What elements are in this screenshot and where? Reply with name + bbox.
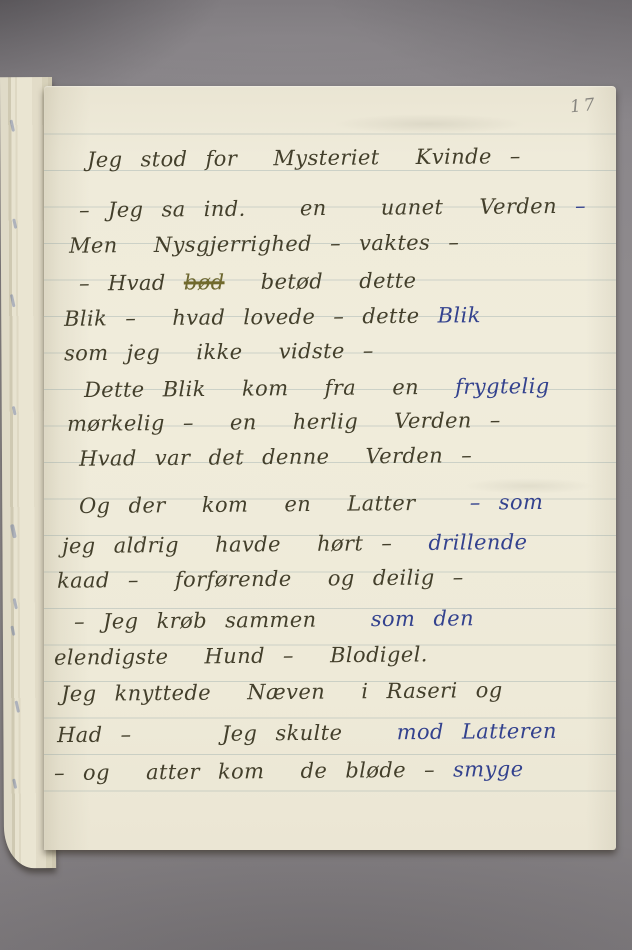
ink-bleed-mark bbox=[12, 779, 17, 789]
manuscript-line: kaad – forførende og deilig – bbox=[57, 565, 464, 594]
manuscript-line: Dette Blik kom fra en frygtelig bbox=[84, 374, 550, 403]
text-segment: kaad – forførende og deilig – bbox=[57, 565, 464, 593]
manuscript-line: – Jeg sa ind. en uanet Verden – bbox=[79, 194, 586, 223]
manuscript-line: Men Nysgjerrighed – vaktes – bbox=[69, 230, 459, 258]
text-segment: som den bbox=[371, 606, 474, 631]
text-segment: – som bbox=[470, 490, 544, 515]
text-segment: Jeg stod for Mysteriet Kvinde – bbox=[87, 144, 521, 172]
text-segment: betød dette bbox=[224, 269, 416, 295]
text-segment: Men Nysgjerrighed – vaktes – bbox=[69, 230, 459, 257]
manuscript-line: mørkelig – en herlig Verden – bbox=[67, 408, 501, 437]
notebook-page: 17 Jeg stod for Mysteriet Kvinde –– Jeg … bbox=[44, 86, 616, 850]
manuscript-line: Jeg stod for Mysteriet Kvinde – bbox=[87, 144, 521, 173]
text-segment: bød bbox=[184, 270, 225, 294]
manuscript-line: jeg aldrig havde hørt – drillende bbox=[62, 530, 528, 559]
text-segment: Blik – hvad lovede – dette bbox=[64, 304, 438, 331]
text-segment: Dette Blik kom fra en bbox=[84, 375, 455, 402]
manuscript-line: Blik – hvad lovede – dette Blik bbox=[64, 303, 481, 332]
text-segment: – Jeg sa ind. en uanet Verden bbox=[79, 194, 557, 222]
ink-bleed-mark bbox=[12, 218, 17, 228]
manuscript-line: som jeg ikke vidste – bbox=[64, 339, 374, 367]
text-segment: Blik bbox=[437, 303, 480, 327]
text-segment: smyge bbox=[453, 757, 524, 782]
text-segment: frygtelig bbox=[455, 374, 550, 399]
ink-bleed-mark bbox=[15, 701, 20, 713]
ink-bleed-mark bbox=[12, 406, 17, 415]
text-segment: elendigste Hund – Blodigel. bbox=[54, 642, 428, 669]
text-segment: mørkelig – en herlig Verden – bbox=[67, 408, 501, 436]
text-segment: – Hvad bbox=[79, 271, 184, 296]
manuscript-line: – Jeg krøb sammen som den bbox=[74, 606, 474, 634]
manuscript-line: Hvad var det denne Verden – bbox=[79, 443, 472, 471]
text-segment: drillende bbox=[428, 530, 527, 555]
text-segment: som jeg ikke vidste – bbox=[64, 339, 374, 366]
manuscript-line: Had – Jeg skulte mod Latteren bbox=[57, 719, 557, 748]
text-segment: jeg aldrig havde hørt – bbox=[62, 531, 429, 558]
manuscript-line: – og atter kom de bløde – smyge bbox=[54, 757, 524, 786]
manuscript-line: elendigste Hund – Blodigel. bbox=[54, 642, 428, 670]
text-segment: – og atter kom de bløde – bbox=[54, 758, 453, 785]
manuscript: Jeg stod for Mysteriet Kvinde –– Jeg sa … bbox=[44, 86, 616, 850]
text-segment: Had – Jeg skulte bbox=[57, 720, 397, 747]
manuscript-line: Og der kom en Latter – som bbox=[79, 490, 543, 519]
text-segment: mod Latteren bbox=[397, 719, 557, 744]
manuscript-line: Jeg knyttede Næven i Raseri og bbox=[61, 678, 503, 707]
ink-bleed-mark bbox=[10, 524, 17, 539]
ink-bleed-mark bbox=[10, 626, 15, 636]
ink-bleed-mark bbox=[10, 120, 15, 132]
text-segment: Hvad var det denne Verden – bbox=[79, 443, 472, 470]
photo-backdrop: 17 Jeg stod for Mysteriet Kvinde –– Jeg … bbox=[0, 0, 632, 950]
text-segment: Jeg knyttede Næven i Raseri og bbox=[61, 678, 503, 706]
text-segment: – Jeg krøb sammen bbox=[74, 607, 371, 634]
ink-bleed-mark bbox=[13, 598, 18, 609]
ink-bleed-mark bbox=[10, 294, 16, 307]
text-segment: Og der kom en Latter bbox=[79, 491, 470, 518]
text-segment: – bbox=[557, 194, 586, 218]
manuscript-line: – Hvad bød betød dette bbox=[79, 269, 417, 297]
